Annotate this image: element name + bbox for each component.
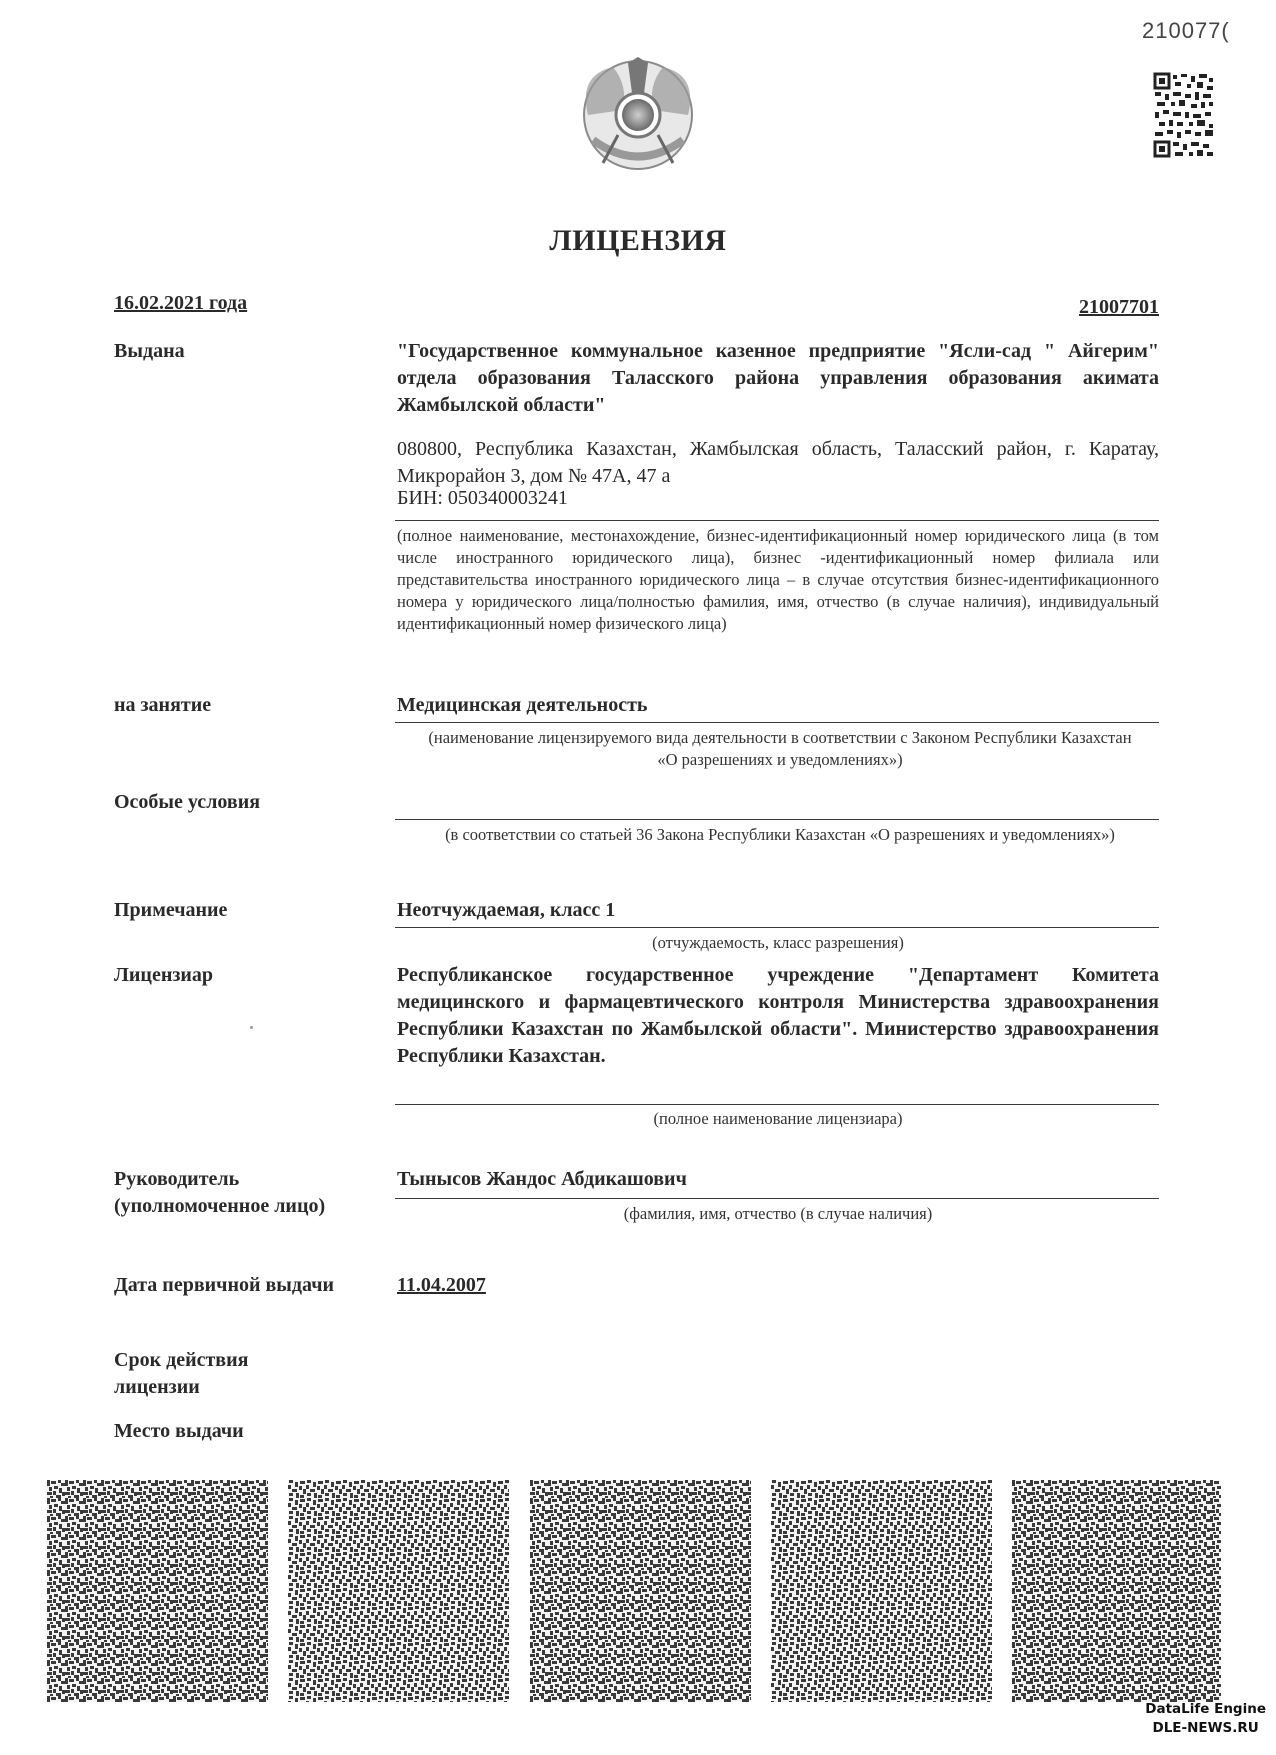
issued-to-bin: БИН: 050340003241 — [397, 485, 1159, 512]
licensor-value: Республиканское государственное учрежден… — [397, 962, 1159, 1070]
activity-value: Медицинская деятельность — [397, 692, 1159, 719]
qr-code-icon — [47, 1480, 268, 1702]
remark-value: Неотчуждаемая, класс 1 — [397, 897, 1159, 924]
activity-label: на занятие — [114, 692, 211, 719]
qr-code-icon — [1153, 72, 1215, 158]
corner-number: 210077( — [1142, 18, 1230, 44]
special-conditions-label: Особые условия — [114, 789, 260, 816]
watermark-line1: DataLife Engine — [1145, 1700, 1266, 1719]
issued-to-name: "Государственное коммунальное казенное п… — [397, 338, 1159, 419]
divider — [395, 520, 1159, 521]
issued-to-label: Выдана — [114, 338, 185, 365]
license-number: 21007701 — [1079, 296, 1159, 319]
head-note: (фамилия, имя, отчество (в случае наличи… — [397, 1203, 1159, 1225]
qr-code-icon — [771, 1480, 992, 1702]
qr-code-icon — [530, 1480, 751, 1702]
watermark: DataLife Engine DLE-NEWS.RU — [1145, 1700, 1266, 1738]
qr-code-icon — [288, 1480, 509, 1702]
first-issue-date-value: 11.04.2007 — [397, 1272, 486, 1299]
divider — [395, 927, 1159, 928]
issued-to-note: (полное наименование, местонахождение, б… — [397, 525, 1159, 635]
head-value: Тынысов Жандос Абдикашович — [397, 1166, 1159, 1193]
issue-date: 16.02.2021 года — [114, 292, 247, 315]
head-label-line1: Руководитель — [114, 1166, 239, 1193]
issued-to-address: 080800, Республика Казахстан, Жамбылская… — [397, 436, 1159, 490]
document-title: ЛИЦЕНЗИЯ — [0, 224, 1276, 258]
head-label-line2: (уполномоченное лицо) — [114, 1193, 325, 1220]
special-conditions-note: (в соответствии со статьей 36 Закона Рес… — [420, 824, 1140, 846]
remark-label: Примечание — [114, 897, 227, 924]
divider — [395, 1104, 1159, 1105]
licensor-note: (полное наименование лицензиара) — [397, 1108, 1159, 1130]
first-issue-date-label: Дата первичной выдачи — [114, 1272, 334, 1299]
validity-label-line2: лицензии — [114, 1374, 200, 1401]
divider — [395, 722, 1159, 723]
divider — [395, 1198, 1159, 1199]
remark-note: (отчуждаемость, класс разрешения) — [397, 932, 1159, 954]
validity-label-line1: Срок действия — [114, 1347, 248, 1374]
state-emblem-icon — [568, 55, 708, 173]
qr-code-icon — [1012, 1480, 1221, 1702]
divider — [395, 819, 1159, 820]
scan-speck — [250, 1026, 253, 1029]
watermark-line2: DLE-NEWS.RU — [1145, 1719, 1266, 1738]
activity-note: (наименование лицензируемого вида деятел… — [420, 727, 1140, 771]
qr-code-row — [47, 1480, 1221, 1702]
place-of-issue-label: Место выдачи — [114, 1418, 244, 1445]
licensor-label: Лицензиар — [114, 962, 213, 989]
